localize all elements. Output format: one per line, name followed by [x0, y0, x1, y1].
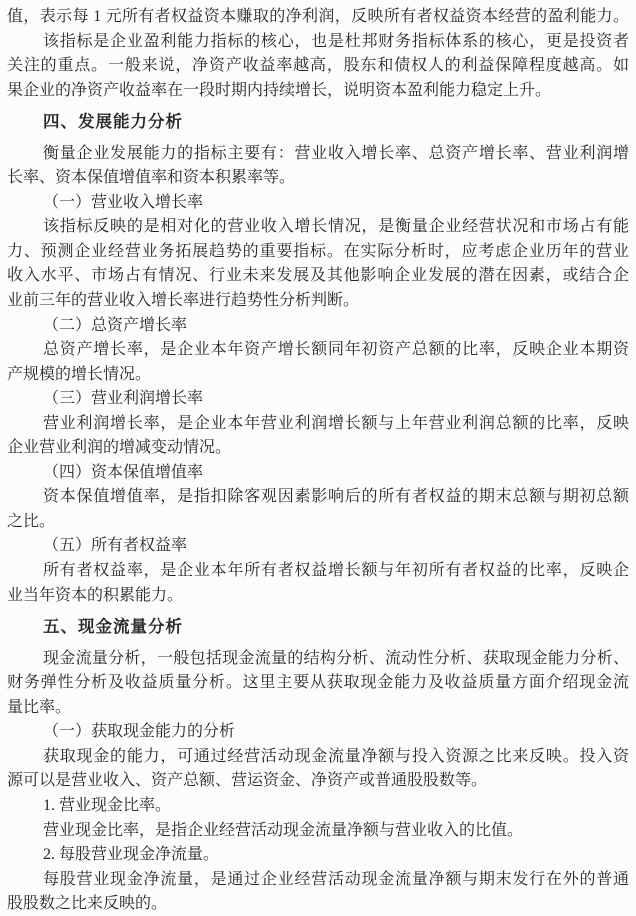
subsection-heading: （一）获取现金能力的分析: [7, 720, 629, 745]
subsection-heading: （三）营业利润增长率: [7, 387, 629, 412]
text-line: 该指标是企业盈利能力指标的核心，也是杜邦财务指标体系的核心，更是投资者: [7, 30, 629, 55]
text-line: 该指标反映的是相对化的营业收入增长情况，是衡量企业经营状况和市场占有能: [7, 215, 629, 240]
text-line: 关注的重点。一般来说，净资产收益率越高，股东和债权人的利益保障程度越高。如: [7, 54, 629, 79]
text-line: 现金流量分析，一般包括现金流量的结构分析、流动性分析、获取现金能力分析、: [7, 647, 629, 672]
paragraph: 衡量企业发展能力的指标主要有：营业收入增长率、总资产增长率、营业利润增长率、资本…: [7, 142, 629, 191]
subsection-heading: （二）总资产增长率: [7, 314, 629, 339]
paragraph: 该指标是企业盈利能力指标的核心，也是杜邦财务指标体系的核心，更是投资者关注的重点…: [7, 30, 629, 104]
text-line: 总资产增长率，是企业本年资产增长额同年初资产总额的比率，反映企业本期资: [7, 338, 629, 363]
text-line: （二）总资产增长率: [7, 314, 629, 339]
text-line: 产规模的增长情况。: [7, 363, 629, 388]
paragraph: 营业现金比率，是指企业经营活动现金流量净额与营业收入的比值。: [7, 819, 629, 844]
text-line: （三）营业利润增长率: [7, 387, 629, 412]
paragraph: 现金流量分析，一般包括现金流量的结构分析、流动性分析、获取现金能力分析、财务弹性…: [7, 647, 629, 721]
text-line: 果企业的净资产收益率在一段时期内持续增长，说明资本盈利能力稳定上升。: [7, 79, 629, 104]
text-line: 股股数之比来反映的。: [7, 892, 629, 916]
text-line: 企业营业利润的增减变动情况。: [7, 436, 629, 461]
text-line: 营业现金比率，是指企业经营活动现金流量净额与营业收入的比值。: [7, 819, 629, 844]
text-line: 量比率。: [7, 696, 629, 721]
text-line: 获取现金的能力，可通过经营活动现金流量净额与投入资源之比来反映。投入资: [7, 745, 629, 770]
subsection-heading: （五）所有者权益率: [7, 534, 629, 559]
text-line: 五、现金流量分析: [7, 615, 629, 640]
text-line: 营业利润增长率，是企业本年营业利润增长额与上年营业利润总额的比率，反映: [7, 412, 629, 437]
text-line: 资本保值增值率，是指扣除客观因素影响后的所有者权益的期末总额与期初总额: [7, 485, 629, 510]
numbered-item-heading: 1. 营业现金比率。: [7, 794, 629, 819]
text-line: 之比。: [7, 510, 629, 535]
paragraph: 资本保值增值率，是指扣除客观因素影响后的所有者权益的期末总额与期初总额之比。: [7, 485, 629, 534]
text-line: （四）资本保值增值率: [7, 461, 629, 486]
text-line: 业前三年的营业收入增长率进行趋势性分析判断。: [7, 289, 629, 314]
paragraph: 所有者权益率，是企业本年所有者权益增长额与年初所有者权益的比率，反映企业当年资本…: [7, 559, 629, 608]
text-line: 1. 营业现金比率。: [7, 794, 629, 819]
text-line: （一）营业收入增长率: [7, 191, 629, 216]
text-line: （五）所有者权益率: [7, 534, 629, 559]
section-heading: 四、发展能力分析: [7, 110, 629, 135]
paragraph: 营业利润增长率，是企业本年营业利润增长额与上年营业利润总额的比率，反映企业营业利…: [7, 412, 629, 461]
text-line: 值，表示每 1 元所有者权益资本赚取的净利润，反映所有者权益资本经营的盈利能力。: [7, 5, 629, 30]
text-line: 每股营业现金净流量，是通过企业经营活动现金流量净额与期末发行在外的普通: [7, 868, 629, 893]
text-line: （一）获取现金能力的分析: [7, 720, 629, 745]
paragraph: 该指标反映的是相对化的营业收入增长情况，是衡量企业经营状况和市场占有能力、预测企…: [7, 215, 629, 313]
text-line: 长率、资本保值增值率和资本积累率等。: [7, 166, 629, 191]
document-page: 值，表示每 1 元所有者权益资本赚取的净利润，反映所有者权益资本经营的盈利能力。…: [0, 0, 636, 916]
subsection-heading: （一）营业收入增长率: [7, 191, 629, 216]
text-line: 源可以是营业收入、资产总额、营运资金、净资产或普通股股数等。: [7, 769, 629, 794]
paragraph: 获取现金的能力，可通过经营活动现金流量净额与投入资源之比来反映。投入资源可以是营…: [7, 745, 629, 794]
text-line: 2. 每股营业现金净流量。: [7, 843, 629, 868]
paragraph: 值，表示每 1 元所有者权益资本赚取的净利润，反映所有者权益资本经营的盈利能力。: [7, 5, 629, 30]
section-heading: 五、现金流量分析: [7, 615, 629, 640]
text-line: 财务弹性分析及收益质量分析。这里主要从获取现金能力及收益质量方面介绍现金流: [7, 671, 629, 696]
subsection-heading: （四）资本保值增值率: [7, 461, 629, 486]
paragraph: 总资产增长率，是企业本年资产增长额同年初资产总额的比率，反映企业本期资产规模的增…: [7, 338, 629, 387]
text-line: 衡量企业发展能力的指标主要有：营业收入增长率、总资产增长率、营业利润增: [7, 142, 629, 167]
text-line: 收入水平、市场占有情况、行业未来发展及其他影响企业发展的潜在因素，或结合企: [7, 264, 629, 289]
text-line: 所有者权益率，是企业本年所有者权益增长额与年初所有者权益的比率，反映企: [7, 559, 629, 584]
text-line: 四、发展能力分析: [7, 110, 629, 135]
text-line: 业当年资本的积累能力。: [7, 584, 629, 609]
text-line: 力、预测企业经营业务拓展趋势的重要指标。在实际分析时，应考虑企业历年的营业: [7, 240, 629, 265]
numbered-item-heading: 2. 每股营业现金净流量。: [7, 843, 629, 868]
paragraph: 每股营业现金净流量，是通过企业经营活动现金流量净额与期末发行在外的普通股股数之比…: [7, 868, 629, 916]
